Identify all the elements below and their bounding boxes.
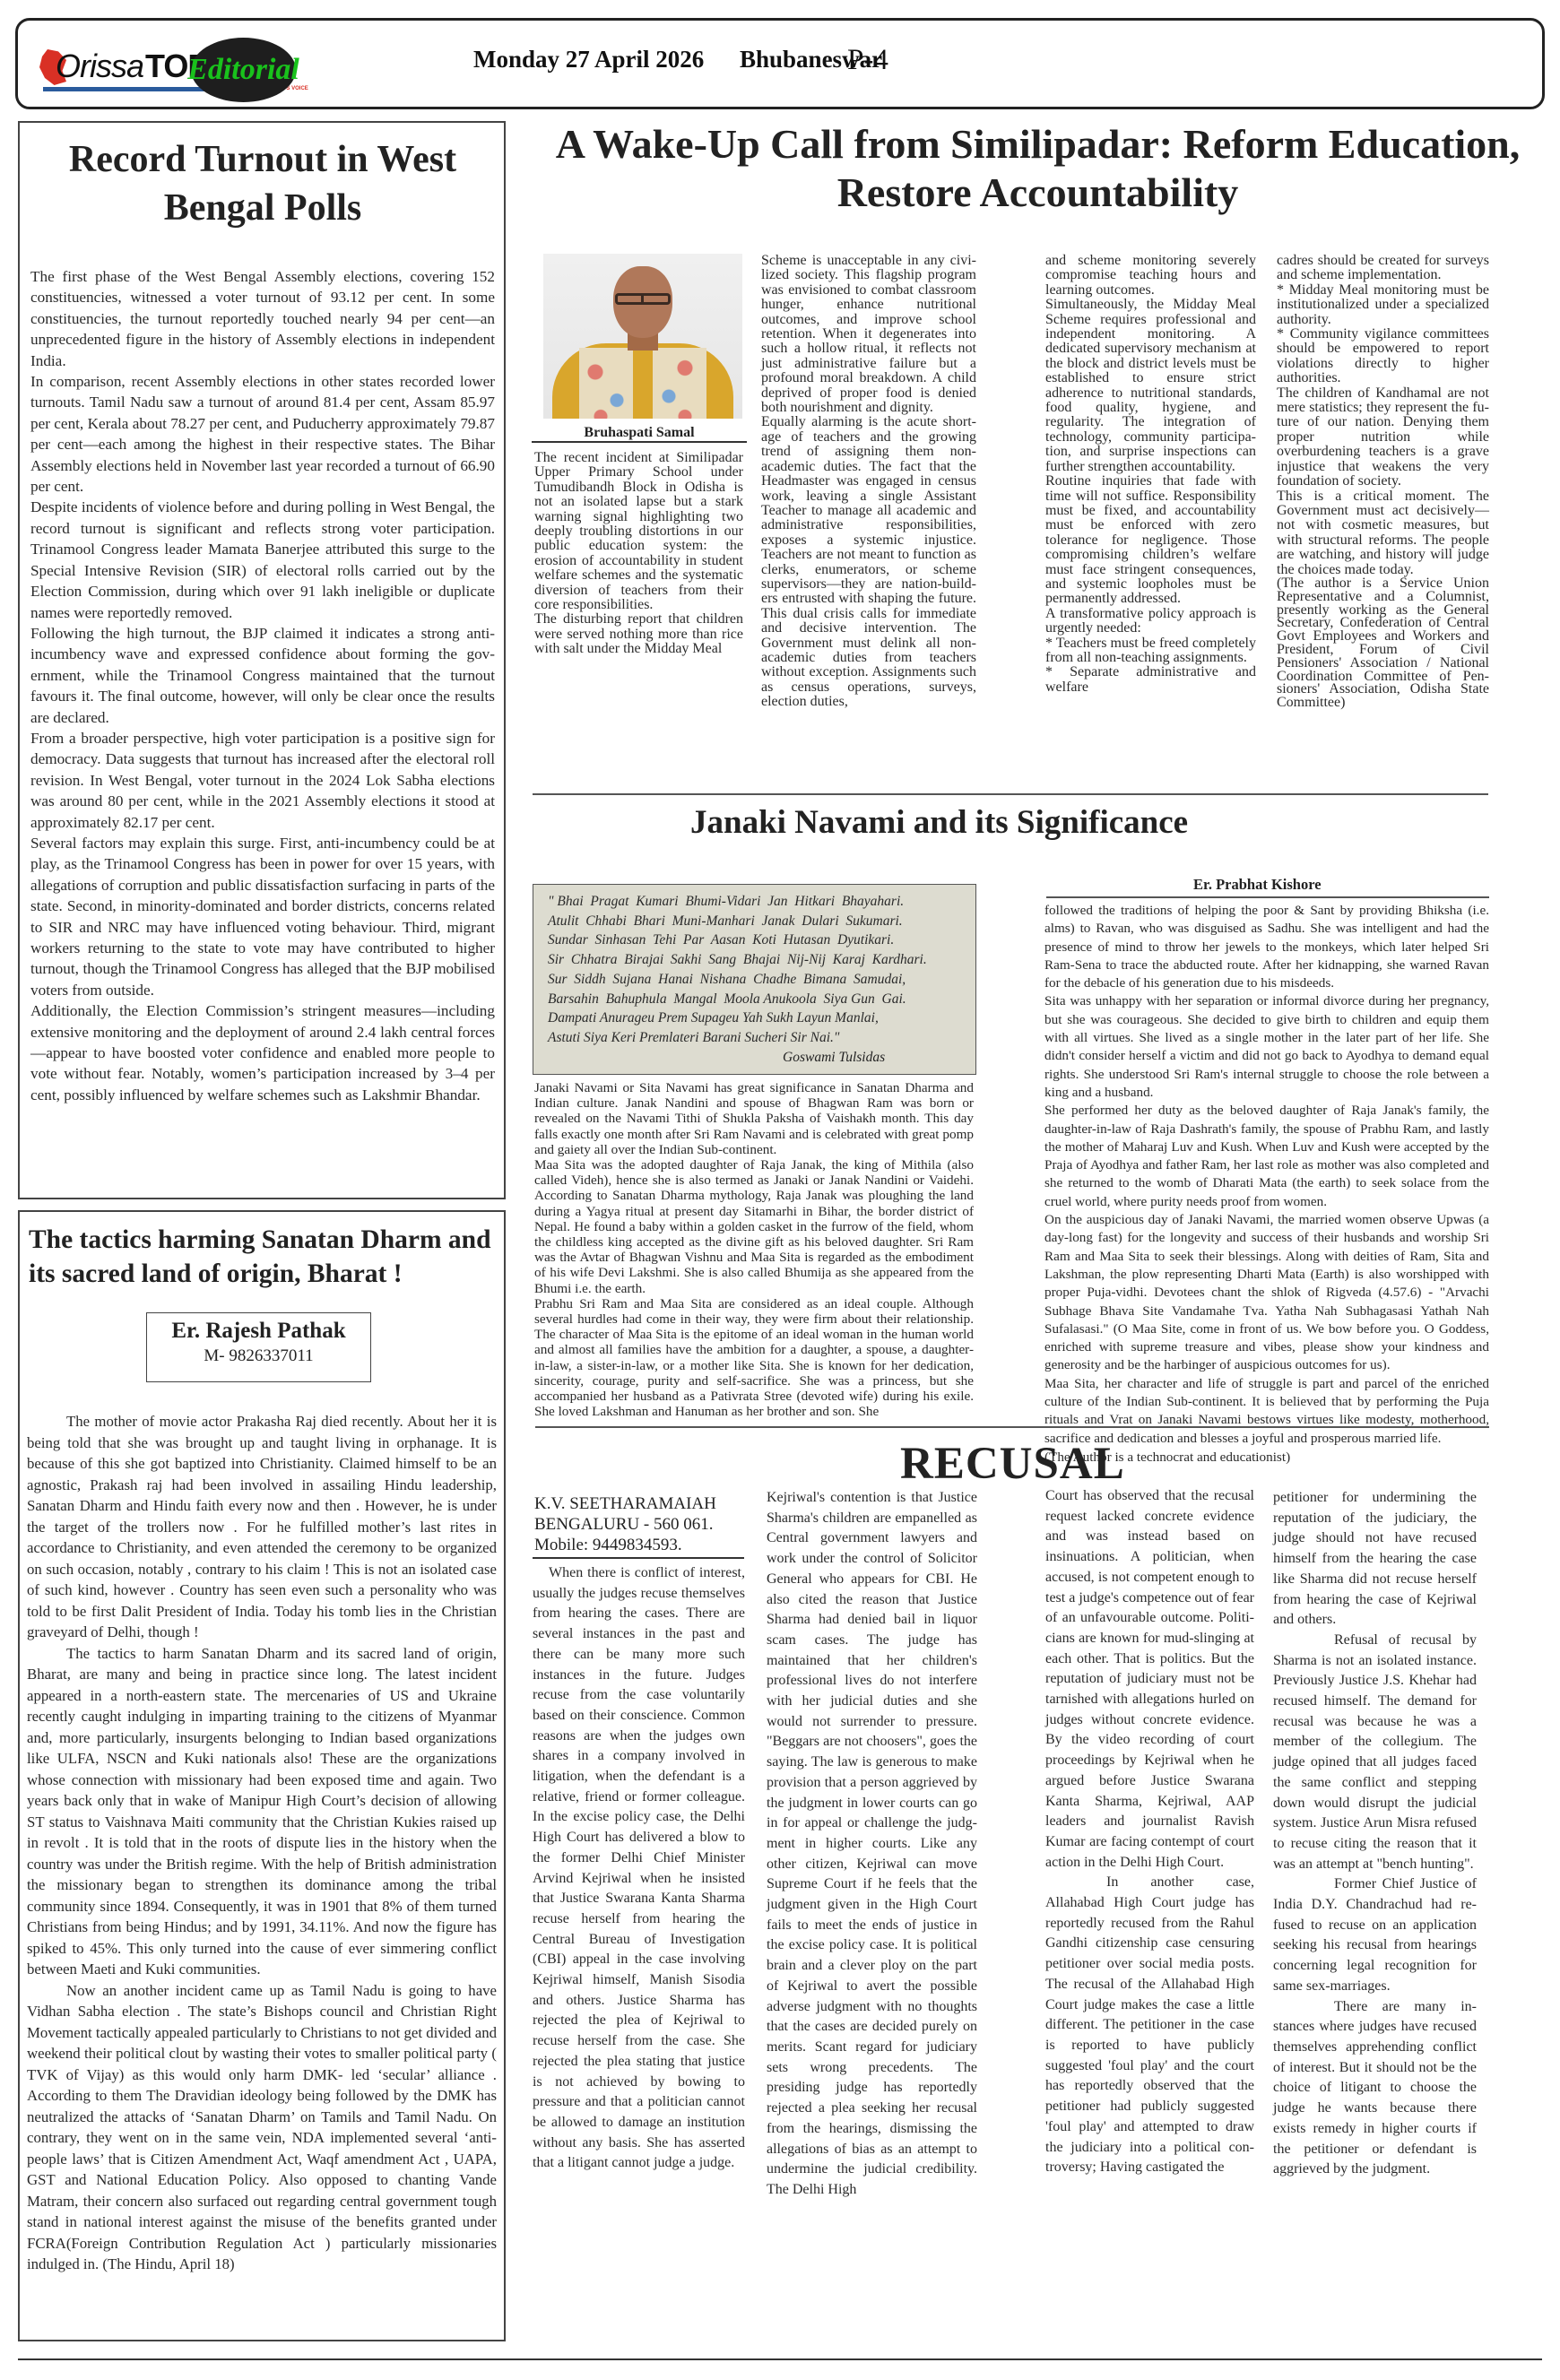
article-body: The mother of movie actor Prakasha Raj d…	[27, 1411, 497, 2275]
paragraph: Janaki Navami or Sita Navami has great s…	[534, 1080, 974, 1157]
paragraph: Scheme is unacceptable in any civi­lized…	[761, 254, 976, 415]
paragraph: and scheme monitoring severely com­promi…	[1045, 254, 1256, 298]
author-name: Er. Prabhat Kishore	[1193, 876, 1322, 894]
janaki-column-left: Janaki Navami or Sita Navami has great s…	[534, 1080, 974, 1419]
paragraph: The tactics to harm Sanatan Dharm and it…	[27, 1643, 497, 1980]
paragraph: followed the traditions of helping the p…	[1044, 902, 1489, 992]
paragraph: Despite incidents of violence before and…	[30, 497, 495, 622]
author-city: BENGALURU - 560 061.	[534, 1514, 716, 1535]
verse-lines: " Bhai Pragat Kumari Bhumi-Vidari Jan Hi…	[548, 892, 961, 1048]
recusal-column-4: petitioner for undermining the reputatio…	[1273, 1488, 1477, 2180]
section-badge: Editorial	[191, 38, 296, 102]
paragraph: In another case, Allahabad High Court ju…	[1045, 1873, 1254, 2178]
paragraph: Kejriwal's contention is that Jus­tice S…	[767, 1488, 977, 2201]
paragraph: From a broader perspective, high voter p…	[30, 728, 495, 833]
section-label: Editorial	[187, 53, 299, 87]
issue-date: Monday 27 April 2026	[473, 46, 704, 74]
paragraph: When there is conflict of inter­est, usu…	[533, 1563, 745, 2174]
paragraph: Refusal of recusal by Sharma is not an i…	[1273, 1631, 1477, 1874]
paragraph: The mother of movie actor Prakasha Raj d…	[27, 1411, 497, 1643]
author-mobile: M- 9826337011	[147, 1346, 370, 1367]
page-bottom-rule	[18, 2358, 1542, 2360]
paragraph: * Teachers must be freed completely from…	[1045, 636, 1256, 666]
paragraph: * Community vigilance committees should …	[1277, 327, 1489, 386]
paragraph: Additionally, the Election Commission’s …	[30, 1000, 495, 1105]
wakeup-column-1: The recent incident at Similipadar Upper…	[534, 451, 743, 657]
byline-box: Er. Rajesh Pathak M- 9826337011	[146, 1312, 371, 1382]
verse-quote-box: " Bhai Pragat Kumari Bhumi-Vidari Jan Hi…	[533, 884, 976, 1075]
paragraph: The recent incident at Similipadar Upper…	[534, 451, 743, 612]
divider	[1046, 896, 1489, 898]
paragraph: * Midday Meal monitoring must be institu…	[1277, 283, 1489, 327]
verse-attribution: Goswami Tulsidas	[548, 1048, 961, 1068]
paragraph: This is a critical moment. The Govern­me…	[1277, 489, 1489, 577]
author-mobile: Mobile: 9449834593.	[534, 1535, 716, 1555]
paragraph: In comparison, recent Assembly elections…	[30, 371, 495, 497]
article-headline-wakeup: A Wake-Up Call from Similipadar: Reform …	[524, 120, 1551, 217]
article-body: The first phase of the West Bengal Assem…	[30, 266, 495, 1105]
section-divider	[535, 1426, 1489, 1428]
paragraph: cadres should be created for surveys and…	[1277, 254, 1489, 283]
recusal-column-3: Court has observed that the recusal requ…	[1045, 1486, 1254, 2178]
article-west-bengal: Record Turnout in West Bengal Polls The …	[18, 121, 506, 1199]
paragraph: petitioner for undermining the reputatio…	[1273, 1488, 1477, 1631]
paragraph: Now an another incident came up as Tamil…	[27, 1980, 497, 2275]
paragraph: Maa Sita, her character and life of stru…	[1044, 1375, 1489, 1448]
author-name: Er. Rajesh Pathak	[147, 1317, 370, 1346]
recusal-column-1: When there is conflict of inter­est, usu…	[533, 1563, 745, 2174]
wakeup-column-2: Scheme is unacceptable in any civi­lized…	[761, 254, 976, 710]
paragraph: The children of Kandhamal are not mere s…	[1277, 386, 1489, 489]
article-headline: The tactics harming Sanatan Dharm and it…	[29, 1223, 504, 1291]
paragraph: Court has observed that the recusal requ…	[1045, 1486, 1254, 1873]
masthead: Orissa TODAY THE PEOPLE'S VOICE Editoria…	[15, 18, 1545, 109]
paragraph: A transformative policy approach is urge…	[1045, 607, 1256, 636]
author-note: (The author is a Service Union Repre­sen…	[1277, 577, 1489, 710]
paragraph: Several factors may explain this surge. …	[30, 833, 495, 1000]
paragraph: * Separate administrative and welfare	[1045, 665, 1256, 695]
paragraph: Following the high turnout, the BJP clai…	[30, 623, 495, 728]
logo-orissa-text: Orissa	[56, 48, 143, 85]
wakeup-column-3: and scheme monitoring severely com­promi…	[1045, 254, 1256, 695]
paragraph: Maa Sita was the adopted daughter of Raj…	[534, 1157, 974, 1296]
janaki-column-right: followed the traditions of helping the p…	[1044, 902, 1489, 1467]
paragraph: There are many in­stances where judges h…	[1273, 1997, 1477, 2180]
article-headline-recusal: RECUSAL	[900, 1439, 1125, 1489]
page-number: P-4	[847, 44, 888, 77]
paragraph: Former Chief Justice of India D.Y. Chand…	[1273, 1874, 1477, 1996]
photo-caption: Bruhaspati Samal	[532, 425, 747, 441]
paragraph: She performed her duty as the beloved da…	[1044, 1102, 1489, 1211]
wakeup-column-4: cadres should be created for surveys and…	[1277, 254, 1489, 710]
article-headline: Record Turnout in West Bengal Polls	[29, 135, 497, 232]
letter-author-block: K.V. SEETHARAMAIAH BENGALURU - 560 061. …	[534, 1493, 716, 1555]
article-headline-janaki: Janaki Navami and its Significance	[690, 803, 1188, 843]
section-divider	[533, 793, 1488, 795]
paragraph: The disturbing report that children were…	[534, 612, 743, 656]
paragraph: Prabhu Sri Ram and Maa Sita are consider…	[534, 1296, 974, 1420]
paragraph: On the auspicious day of Janaki Navami, …	[1044, 1211, 1489, 1375]
recusal-column-2: Kejriwal's contention is that Jus­tice S…	[767, 1488, 977, 2201]
author-photo	[543, 254, 742, 419]
paragraph: Simultaneously, the Midday Meal Scheme r…	[1045, 298, 1256, 474]
article-sanatan-dharm: The tactics harming Sanatan Dharm and it…	[18, 1210, 506, 2341]
divider	[533, 1557, 744, 1559]
paragraph: The first phase of the West Bengal Assem…	[30, 266, 495, 371]
author-name: K.V. SEETHARAMAIAH	[534, 1493, 716, 1514]
paragraph: Routine inquiries that fade with time wi…	[1045, 474, 1256, 607]
paragraph: Sita was unhappy with her separation or …	[1044, 992, 1489, 1102]
paragraph: Equally alarming is the acute short­age …	[761, 415, 976, 709]
divider	[532, 441, 747, 443]
